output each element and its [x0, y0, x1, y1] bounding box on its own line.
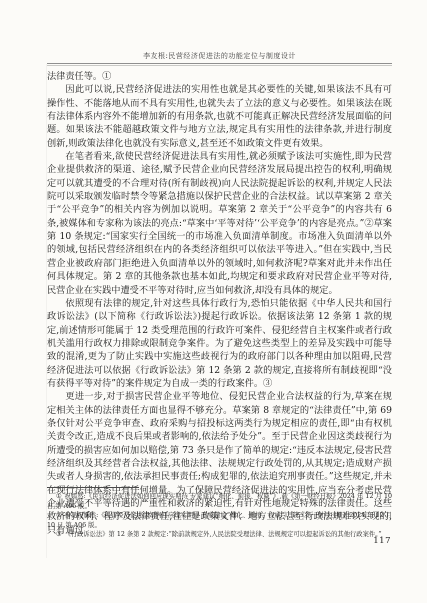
- footnotes: ①祝嫣然:《民营经济促进法如何回应现实期待 专家建议“细化、衔接、权威”》,载《…: [47, 492, 392, 540]
- footnote: ③《行政诉讼法》第 12 条第 2 款规定:“除前款规定外,人民法院受理法律、法…: [47, 530, 392, 540]
- page-number: 117: [373, 536, 391, 546]
- footnote-text: 《行政诉讼法》第 12 条第 2 款规定:“除前款规定外,人民法院受理法律、法规…: [64, 531, 381, 538]
- footnote-text: 参见祝嫣然:《民营经济促进法如何回应现实期待 专家建议“细化、衔接、权威”》,载…: [47, 512, 392, 529]
- header-double-rule: [47, 63, 392, 66]
- paragraph: 因此可以说,民营经济促进法的实用性也就是其必要性的关键,如果该法不具有可操作性、…: [47, 83, 392, 150]
- article-body: 法律责任等。① 因此可以说,民营经济促进法的实用性也就是其必要性的关键,如果该法…: [47, 70, 392, 537]
- paragraph: 在笔者看来,欲使民营经济促进法具有实用性,就必须赋予该法可实施性,即为民营企业提…: [47, 150, 392, 297]
- footnote-text: 祝嫣然:《民营经济促进法如何回应现实期待 专家建议“细化、衔接、权威”》,载《第…: [47, 493, 392, 510]
- journal-page: 李友根:民营经济促进法的功能定位与制度设计 法律责任等。① 因此可以说,民营经济…: [0, 0, 427, 603]
- footnote-divider: [47, 487, 139, 488]
- running-header: 李友根:民营经济促进法的功能定位与制度设计: [47, 51, 392, 61]
- paragraph-continuation: 法律责任等。①: [47, 70, 392, 83]
- paragraph: 依照现有法律的规定,针对这些具体行政行为,恐怕只能依据《中华人民共和国行政诉讼法…: [47, 297, 392, 390]
- footnote: ②参见祝嫣然:《民营经济促进法如何回应现实期待 专家建议“细化、衔接、权威”》,…: [47, 511, 392, 530]
- footnote: ①祝嫣然:《民营经济促进法如何回应现实期待 专家建议“细化、衔接、权威”》,载《…: [47, 492, 392, 511]
- footnote-marker: ③: [56, 531, 62, 538]
- footnote-marker: ①: [56, 493, 62, 500]
- footnote-marker: ②: [56, 512, 62, 519]
